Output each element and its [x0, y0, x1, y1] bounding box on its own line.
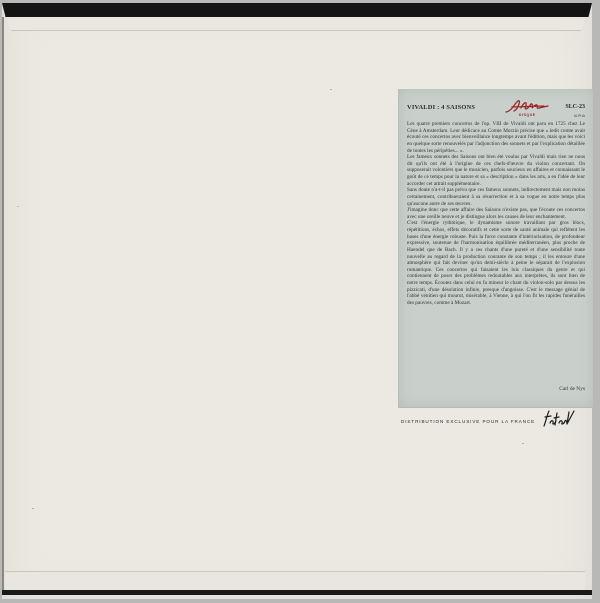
record-sleeve-back: VIVALDI : 4 SAISONS DISQUE SLC-23 ALPHA …: [2, 3, 592, 599]
top-flap-fold: [7, 17, 585, 31]
liner-paragraph: C'est l'énergie rythmique, le dynamisme …: [407, 220, 585, 306]
author-signature: Carl de Nys: [559, 386, 585, 392]
liner-paragraph: Les quatre premiers concertos de l'op. V…: [407, 121, 585, 154]
left-spine-edge: [2, 17, 4, 591]
distribution-text: DISTRIBUTION EXCLUSIVE POUR LA FRANCE: [401, 419, 535, 424]
liner-paragraph: Les fameux sonnets des Saisons ont bien …: [407, 154, 585, 187]
bottom-black-band: [2, 590, 592, 595]
distribution-line: DISTRIBUTION EXCLUSIVE POUR LA FRANCE: [399, 413, 594, 433]
paper-speck: [522, 443, 524, 444]
liner-notes-label: VIVALDI : 4 SAISONS DISQUE SLC-23 ALPHA …: [398, 89, 593, 408]
top-black-band: [2, 3, 592, 17]
paper-speck: [17, 206, 19, 207]
paper-speck: [330, 89, 332, 90]
festival-script-logo-icon: [541, 409, 575, 429]
alpha-record-logo: DISQUE: [504, 98, 550, 118]
logo-subtitle: DISQUE: [519, 113, 536, 117]
liner-paragraph: J'imagine donc que cette affaire des Sai…: [407, 207, 585, 220]
paper-speck: [32, 508, 34, 509]
alpha-script-logo-icon: [504, 98, 550, 114]
label-header: VIVALDI : 4 SAISONS DISQUE SLC-23 ALPHA: [407, 98, 587, 120]
liner-notes-text: Les quatre premiers concertos de l'op. V…: [407, 121, 585, 307]
album-title: VIVALDI : 4 SAISONS: [407, 104, 475, 111]
catalog-number: SLC-23: [565, 104, 585, 110]
catalog-sub: ALPHA: [574, 114, 585, 118]
liner-paragraph: Sans doute n'a-t-il pas prévu que ces fa…: [407, 187, 585, 207]
bottom-flap-fold: [5, 571, 585, 592]
